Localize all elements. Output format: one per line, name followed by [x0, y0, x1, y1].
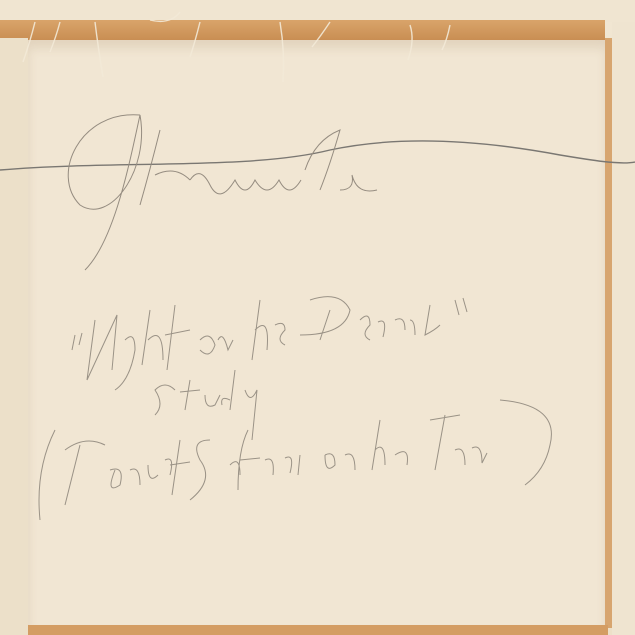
pencil-inscription: [0, 0, 635, 635]
canvas-back-photo: Gatewood '99 "Night on the Desert" study…: [0, 0, 635, 635]
